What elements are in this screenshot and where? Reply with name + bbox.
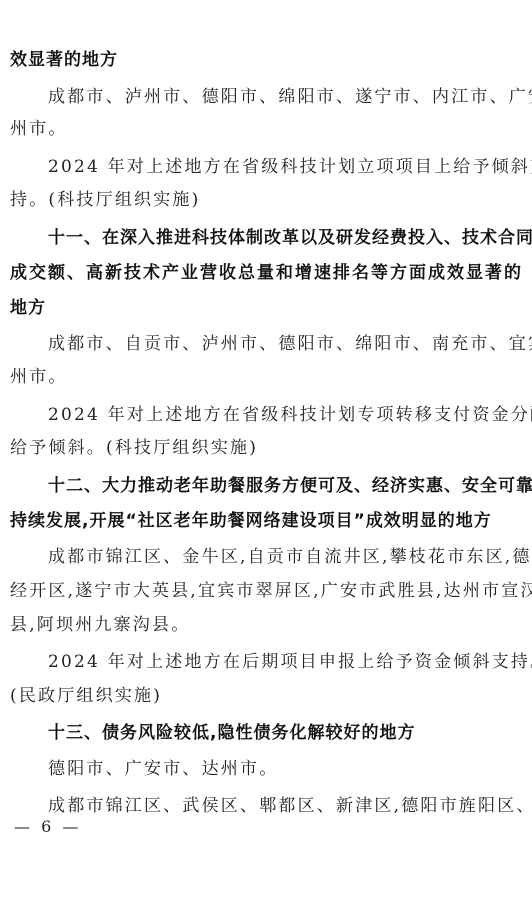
section-heading-line: 持续发展,开展“社区老年助餐网络建设项目”成效明显的地方	[10, 510, 522, 532]
paragraph-line: 德阳市、广安市、达州市。	[48, 758, 522, 780]
section-heading-line: 十二、大力推动老年助餐服务方便可及、经济实惠、安全可靠、	[48, 475, 522, 497]
paragraph-line: 州市。	[10, 118, 522, 140]
paragraph-line: 经开区,遂宁市大英县,宜宾市翠屏区,广安市武胜县,达州市宣汉	[10, 580, 522, 602]
paragraph-line: 2024 年对上述地方在后期项目申报上给予资金倾斜支持。	[48, 651, 522, 673]
paragraph-line: (民政厅组织实施)	[10, 685, 522, 707]
paragraph-line: 县,阿坝州九寨沟县。	[10, 614, 522, 636]
page-number: — 6 —	[14, 817, 81, 836]
section-heading-line: 地方	[10, 297, 522, 319]
section-heading-line: 效显著的地方	[10, 49, 522, 71]
section-heading-line: 十一、在深入推进科技体制改革以及研发经费投入、技术合同	[48, 227, 522, 249]
paragraph-line: 2024 年对上述地方在省级科技计划专项转移支付资金分配上	[48, 404, 522, 426]
paragraph-line: 成都市锦江区、武侯区、郫都区、新津区,德阳市旌阳区、绵竹	[48, 795, 522, 817]
paragraph-line: 给予倾斜。(科技厅组织实施)	[10, 437, 522, 459]
paragraph-line: 成都市锦江区、金牛区,自贡市自流井区,攀枝花市东区,德阳	[48, 546, 522, 568]
paragraph-line: 成都市、泸州市、德阳市、绵阳市、遂宁市、内江市、广安市、达	[48, 86, 522, 108]
paragraph-line: 持。(科技厅组织实施)	[10, 189, 522, 211]
section-heading-line: 成交额、高新技术产业营收总量和增速排名等方面成效显著的	[10, 262, 522, 284]
paragraph-line: 成都市、自贡市、泸州市、德阳市、绵阳市、南充市、宜宾市、达	[48, 333, 522, 355]
paragraph-line: 州市。	[10, 366, 522, 388]
paragraph-line: 2024 年对上述地方在省级科技计划立项项目上给予倾斜支	[48, 156, 522, 178]
section-heading-line: 十三、债务风险较低,隐性债务化解较好的地方	[48, 722, 522, 744]
